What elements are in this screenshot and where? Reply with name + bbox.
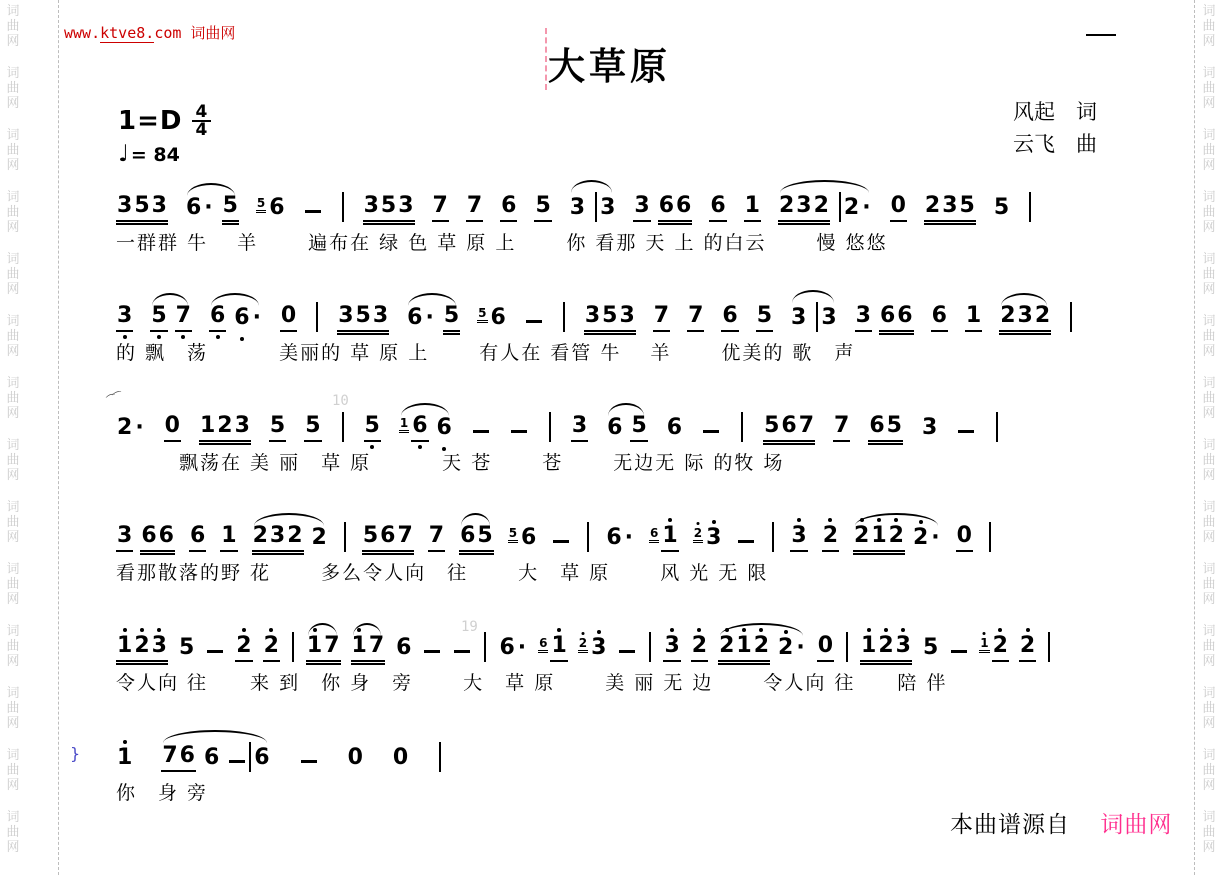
note-group [524, 320, 544, 332]
note-core: 1 [661, 525, 678, 552]
octave-dot-high [828, 518, 832, 522]
note-core: 17 [351, 635, 386, 662]
note-core: 0 [956, 525, 973, 552]
meter-denominator: 4 [195, 122, 208, 138]
note-digit: 7 [466, 195, 483, 217]
watermark-char: 曲 [1199, 701, 1219, 716]
note: 232 [999, 305, 1051, 332]
note-core: 7 [653, 305, 670, 332]
note-core: 5 [256, 197, 266, 211]
watermark-char: 网 [1199, 654, 1219, 669]
note-digit: 0 [392, 747, 409, 769]
watermark-char: 曲 [3, 825, 23, 840]
note: 6 [253, 747, 270, 772]
note-core: 7 [175, 305, 192, 332]
note-group: 3 [921, 417, 938, 442]
duration-dot: · [251, 307, 263, 329]
watermark-group: 词曲网 [3, 314, 23, 359]
octave-dot-high [725, 628, 729, 632]
note-digit: 2 [252, 525, 269, 547]
note-group: 2 [691, 635, 708, 662]
note-group: 6 [189, 525, 206, 552]
grace-note: 2 [693, 527, 703, 541]
watermark-group: 词曲网 [3, 500, 23, 545]
note-core: 66 [658, 195, 693, 222]
watermark-char: 曲 [3, 577, 23, 592]
system-1: 3536·556353776533366612322·02355一群群 牛 羊 … [116, 168, 1126, 254]
note-group: 567 [362, 525, 414, 552]
note-digit: 6 [606, 417, 623, 439]
note-group [987, 522, 993, 552]
note-digit: 3 [820, 307, 837, 329]
note-group: 7 [833, 415, 850, 442]
note-group: 2· [116, 417, 146, 442]
note: 212 [718, 635, 770, 662]
octave-dot-high [269, 628, 273, 632]
note-group: 3 [790, 525, 807, 552]
octave-dot-low [418, 445, 422, 449]
note-digit: 6 [896, 305, 913, 327]
note-digit: 3 [397, 195, 414, 217]
note-core: 3 [790, 525, 807, 552]
system-4: 366612322567765566·6123322122·0看那散落的野 花 … [116, 498, 1126, 584]
note: 3 [790, 525, 807, 552]
note-core: 6 [709, 195, 726, 222]
note-digit: 6 [490, 307, 507, 329]
note-core: 7 [833, 415, 850, 442]
note-group: 2 [263, 635, 280, 662]
note-core: 2· [116, 417, 146, 442]
barline [649, 632, 651, 662]
note-core: 65 [459, 525, 494, 552]
octave-dot-high [697, 628, 701, 632]
note-digit: 6 [666, 417, 683, 439]
note-digit: 1 [116, 635, 133, 657]
note: 17 [306, 635, 341, 662]
note-digit: 3 [790, 307, 807, 329]
dash-note [454, 650, 470, 653]
note-digit: 7 [798, 415, 815, 437]
note-group: 1 [965, 305, 982, 332]
watermark-char: 网 [1199, 716, 1219, 731]
note-group: 61 [538, 635, 568, 662]
note-digit: 5 [477, 307, 487, 319]
note-group: 2322· [778, 192, 873, 222]
barline [772, 522, 774, 552]
watermark-char: 曲 [1199, 329, 1219, 344]
barline [342, 412, 344, 442]
note: 232 [252, 525, 304, 552]
note-digit: 1 [351, 635, 368, 657]
note: 7 [175, 305, 192, 332]
note-digit: 6 [411, 415, 428, 437]
note-digit: 3 [1017, 305, 1034, 327]
lyrics-line: 飘荡在 美 丽 草 原 天 苍 苍 无边无 际 的牧 场 [116, 448, 1126, 474]
barline [316, 302, 318, 332]
note: 66 [879, 305, 914, 332]
watermark-char: 曲 [1199, 19, 1219, 34]
score: 3536·556353776533366612322·02355一群群 牛 羊 … [116, 168, 1126, 828]
barline [587, 522, 589, 552]
watermark-char: 曲 [3, 639, 23, 654]
note: 7 [466, 195, 483, 222]
note-core: 5 [993, 197, 1010, 222]
note-group [994, 412, 1000, 442]
notes-line: 123522171766·6123322122·01235122 [116, 608, 1126, 662]
note-group: 2 [235, 635, 252, 662]
note-core: 5 [269, 415, 286, 442]
note-group: 56 [508, 527, 538, 552]
note: 6 [931, 305, 948, 332]
note-core: 7 [432, 195, 449, 222]
barline [839, 192, 841, 222]
note-digit: 5 [763, 415, 780, 437]
tempo-value: = 84 [131, 144, 180, 166]
note: 5 [150, 305, 167, 332]
note-digit: 5 [304, 415, 321, 437]
note-digit: 2 [718, 635, 735, 657]
octave-dot-high [668, 518, 672, 522]
note-group: 7 [687, 305, 704, 332]
note-core: 0 [817, 635, 834, 662]
watermark-char: 曲 [1199, 639, 1219, 654]
dash-note [301, 760, 317, 763]
note-group: 33 [790, 302, 838, 332]
note-group: 6· [605, 527, 635, 552]
watermark-char: 网 [1199, 530, 1219, 545]
note-core: 66 [140, 525, 175, 552]
note: 2· [843, 197, 873, 222]
barline [549, 412, 551, 442]
barline [741, 412, 743, 442]
watermark-char: 词 [1199, 500, 1219, 515]
note-group [299, 760, 319, 772]
note-core: 7 [687, 305, 704, 332]
note: 5 [304, 415, 321, 442]
note-group: 5 [269, 415, 286, 442]
watermark-char: 网 [3, 344, 23, 359]
note-digit: 7 [323, 635, 340, 657]
note: 5 [269, 415, 286, 442]
note-core: 567 [763, 415, 815, 442]
note-digit: 7 [396, 525, 413, 547]
sheet-music-page: 词曲网词曲网词曲网词曲网词曲网词曲网词曲网词曲网词曲网词曲网词曲网词曲网词曲网词… [0, 0, 1219, 875]
note-digit: 6 [158, 525, 175, 547]
note-group: 6 [721, 305, 738, 332]
source-site-link[interactable]: 词曲网 [1100, 812, 1172, 838]
watermark-char: 词 [3, 562, 23, 577]
watermark-char: 网 [1199, 840, 1219, 855]
watermark-char: 网 [3, 778, 23, 793]
watermark-char: 词 [3, 438, 23, 453]
octave-dot-high [712, 520, 716, 524]
octave-dot-high [797, 518, 801, 522]
note: 2 [311, 527, 328, 552]
note: 3 [590, 637, 607, 662]
note-digit: 7 [428, 525, 445, 547]
octave-dot-low [157, 335, 161, 339]
watermark-group: 词曲网 [1199, 438, 1219, 483]
note: 1 [550, 635, 567, 662]
note-digit: 3 [571, 415, 588, 437]
note-digit: 6 [500, 195, 517, 217]
note-group: 2322 [252, 525, 328, 552]
octave-dot-high [157, 628, 161, 632]
duration-dot: · [860, 197, 872, 219]
note-group [739, 412, 745, 442]
note-group: 567 [763, 415, 815, 442]
note: 3 [820, 307, 837, 332]
lyrics-line: 看那散落的野 花 多么令人向 往 大 草 原 风 光 无 限 [116, 558, 1126, 584]
note-digit: 6 [538, 637, 548, 649]
note: 6 [520, 527, 537, 552]
note: 2· [116, 417, 146, 442]
note-group [736, 540, 756, 552]
watermark-char: 网 [3, 716, 23, 731]
note: 2 [822, 525, 839, 552]
note-digit: 5 [133, 195, 150, 217]
note: 3 [116, 305, 133, 332]
note-core: 7 [428, 525, 445, 552]
note-digit: 2 [777, 637, 794, 659]
octave-dot-high [742, 628, 746, 632]
note: 6 [709, 195, 726, 222]
watermark-char: 词 [1199, 748, 1219, 763]
note: 1 [744, 195, 761, 222]
note-digit: 6 [179, 745, 196, 767]
grace-note: 5 [256, 197, 266, 211]
note-digit: 3 [790, 525, 807, 547]
duration-dot: · [133, 417, 145, 439]
note-digit: 3 [590, 637, 607, 659]
note-group: 1 [116, 747, 133, 772]
watermark-char: 曲 [1199, 143, 1219, 158]
note: 65 [868, 415, 903, 442]
note-digit: 1 [220, 525, 237, 547]
note-group: 353 [116, 195, 168, 222]
octave-dot-high [696, 522, 699, 525]
watermark-char: 词 [1199, 438, 1219, 453]
note-group: 366 [633, 195, 692, 222]
note-digit: 2 [1019, 635, 1036, 657]
note-group: 6 [709, 195, 726, 222]
note-group [561, 302, 567, 332]
note-digit: 6 [140, 525, 157, 547]
note-group [290, 632, 296, 662]
note: 6 [490, 307, 507, 332]
left-margin-dashed-line [58, 0, 59, 875]
octave-dot-high [670, 628, 674, 632]
watermark-group: 词曲网 [3, 376, 23, 421]
note: 3 [569, 197, 586, 222]
watermark-char: 词 [3, 624, 23, 639]
watermark-group: 词曲网 [1199, 624, 1219, 669]
duration-dot: · [794, 637, 806, 659]
note-core: 1 [550, 635, 567, 662]
note-digit: 7 [687, 305, 704, 327]
note: 0 [164, 415, 181, 442]
watermark-char: 词 [1199, 252, 1219, 267]
note-group: 1 [744, 195, 761, 222]
watermark-group: 词曲网 [3, 438, 23, 483]
note-group: 5 [756, 305, 773, 332]
watermark-char: 网 [1199, 406, 1219, 421]
note-group: 0 [347, 747, 364, 772]
note-group: 123 [199, 415, 251, 442]
octave-dot-high [877, 518, 881, 522]
note-group [342, 522, 348, 552]
note-core: 6· [185, 197, 215, 222]
barline [484, 632, 486, 662]
note: 0 [956, 525, 973, 552]
note-digit: 2 [286, 525, 303, 547]
tempo-marking: ♩= 84 [118, 141, 211, 167]
right-margin-dashed-line [1194, 0, 1195, 875]
note-core: 5 [150, 305, 167, 332]
note-digit: 6 [709, 195, 726, 217]
note-core: 1 [979, 637, 989, 651]
octave-dot-high [313, 628, 317, 632]
note-group: 5 [922, 637, 939, 662]
note: 5 [993, 197, 1010, 222]
note-digit: 6 [203, 747, 220, 769]
watermark-char: 词 [3, 252, 23, 267]
note-digit: 3 [941, 195, 958, 217]
note-digit: 2 [778, 195, 795, 217]
watermark-char: 词 [1199, 4, 1219, 19]
note-group: 23 [578, 637, 608, 662]
note: 3 [571, 415, 588, 442]
note-core: 123 [199, 415, 251, 442]
note-group: 232 [999, 305, 1051, 332]
note-digit: 5 [508, 527, 518, 539]
watermark-group: 词曲网 [1199, 376, 1219, 421]
note-digit: 5 [993, 197, 1010, 219]
octave-dot-low [442, 447, 446, 451]
note-core: 6 [411, 415, 428, 442]
note-digit: 2 [263, 635, 280, 657]
note-core: 3 [663, 635, 680, 662]
note-group [471, 430, 491, 442]
note: 5 [534, 195, 551, 222]
note-group [551, 540, 571, 552]
note-digit: 6 [868, 415, 885, 437]
barline [342, 192, 344, 222]
note-group [422, 650, 442, 662]
note-digit: 6 [185, 197, 202, 219]
note-core: 6· [605, 527, 635, 552]
key-label: 1=D [118, 106, 182, 136]
note: 66 [658, 195, 693, 222]
note-group: 5 [364, 415, 381, 442]
note-group [340, 412, 346, 442]
note-digit: 6 [658, 195, 675, 217]
note-digit: 1 [199, 415, 216, 437]
note-core: 2 [1019, 635, 1036, 662]
note-digit: 2 [235, 635, 252, 657]
note-digit: 2 [992, 635, 1009, 657]
watermark-group: 词曲网 [1199, 810, 1219, 855]
note-group: 6· [498, 637, 528, 662]
lyrics-line: 的 飘 荡 美丽的 草 原 上 有人在 看管 牛 羊 优美的 歌 声 [116, 338, 1126, 364]
credits: 风起 词 云飞 曲 [1013, 96, 1097, 160]
note: 3 [855, 305, 872, 332]
grace-note: 1 [399, 417, 409, 431]
grace-note: 5 [477, 307, 487, 321]
watermark-char: 曲 [1199, 267, 1219, 282]
note: 6· [498, 637, 528, 662]
note-digit: 6 [780, 415, 797, 437]
watermark-group: 词曲网 [1199, 686, 1219, 731]
note-core: 5 [443, 305, 460, 332]
key-row: 1=D 4 4 [118, 104, 211, 138]
dash-note [207, 650, 223, 653]
octave-dot-low [240, 337, 244, 341]
note-digit: 6 [459, 525, 476, 547]
note-core: 0 [164, 415, 181, 442]
note-digit: 2 [822, 525, 839, 547]
note-group [956, 430, 976, 442]
note: 212 [853, 525, 905, 552]
note-digit: 2 [912, 527, 929, 549]
lyrics-line: 令人向 往 来 到 你 身 旁 大 草 原 美 丽 无 边 令人向 往 陪 伴 [116, 668, 1126, 694]
watermark-char: 曲 [1199, 763, 1219, 778]
dash-note [553, 540, 569, 543]
watermark-char: 网 [1199, 158, 1219, 173]
note: 567 [362, 525, 414, 552]
note-digit: 3 [584, 305, 601, 327]
note-group: 33 [569, 192, 617, 222]
note-digit: 5 [150, 305, 167, 327]
note-digit: 3 [795, 195, 812, 217]
note-core: 3 [599, 197, 616, 222]
note-core: 17 [306, 635, 341, 662]
note-core: 5 [477, 307, 487, 321]
note-digit: 5 [380, 195, 397, 217]
watermark-char: 曲 [3, 453, 23, 468]
watermark-char: 网 [3, 406, 23, 421]
system-5: 123522171766·6123322122·01235122令人向 往 来 … [116, 608, 1126, 694]
note-group: 5 [993, 197, 1010, 222]
time-signature: 4 4 [192, 104, 211, 138]
watermark-char: 曲 [3, 763, 23, 778]
note-core: 3 [633, 195, 650, 222]
dash-note [951, 650, 967, 653]
note-digit: 3 [663, 635, 680, 657]
octave-dot-low [181, 335, 185, 339]
duration-dot: · [623, 527, 635, 549]
watermark-group: 词曲网 [1199, 128, 1219, 173]
octave-dot-high [123, 628, 127, 632]
note-digit: 2 [216, 415, 233, 437]
note: 6 [395, 637, 412, 662]
note-core: 3 [590, 637, 607, 662]
note-digit: 3 [618, 305, 635, 327]
note-core: 6 [666, 417, 683, 442]
watermark-group: 词曲网 [1199, 190, 1219, 235]
note-core: 2 [235, 635, 252, 662]
note: 3 [663, 635, 680, 662]
note: 66 [140, 525, 175, 552]
note-digit: 3 [372, 305, 389, 327]
note: 6· [406, 307, 436, 332]
note-digit: 6 [395, 637, 412, 659]
watermark-char: 曲 [3, 143, 23, 158]
note: 2· [912, 527, 942, 552]
watermark-group: 词曲网 [3, 128, 23, 173]
watermark-char: 词 [3, 314, 23, 329]
note: 353 [584, 305, 636, 332]
